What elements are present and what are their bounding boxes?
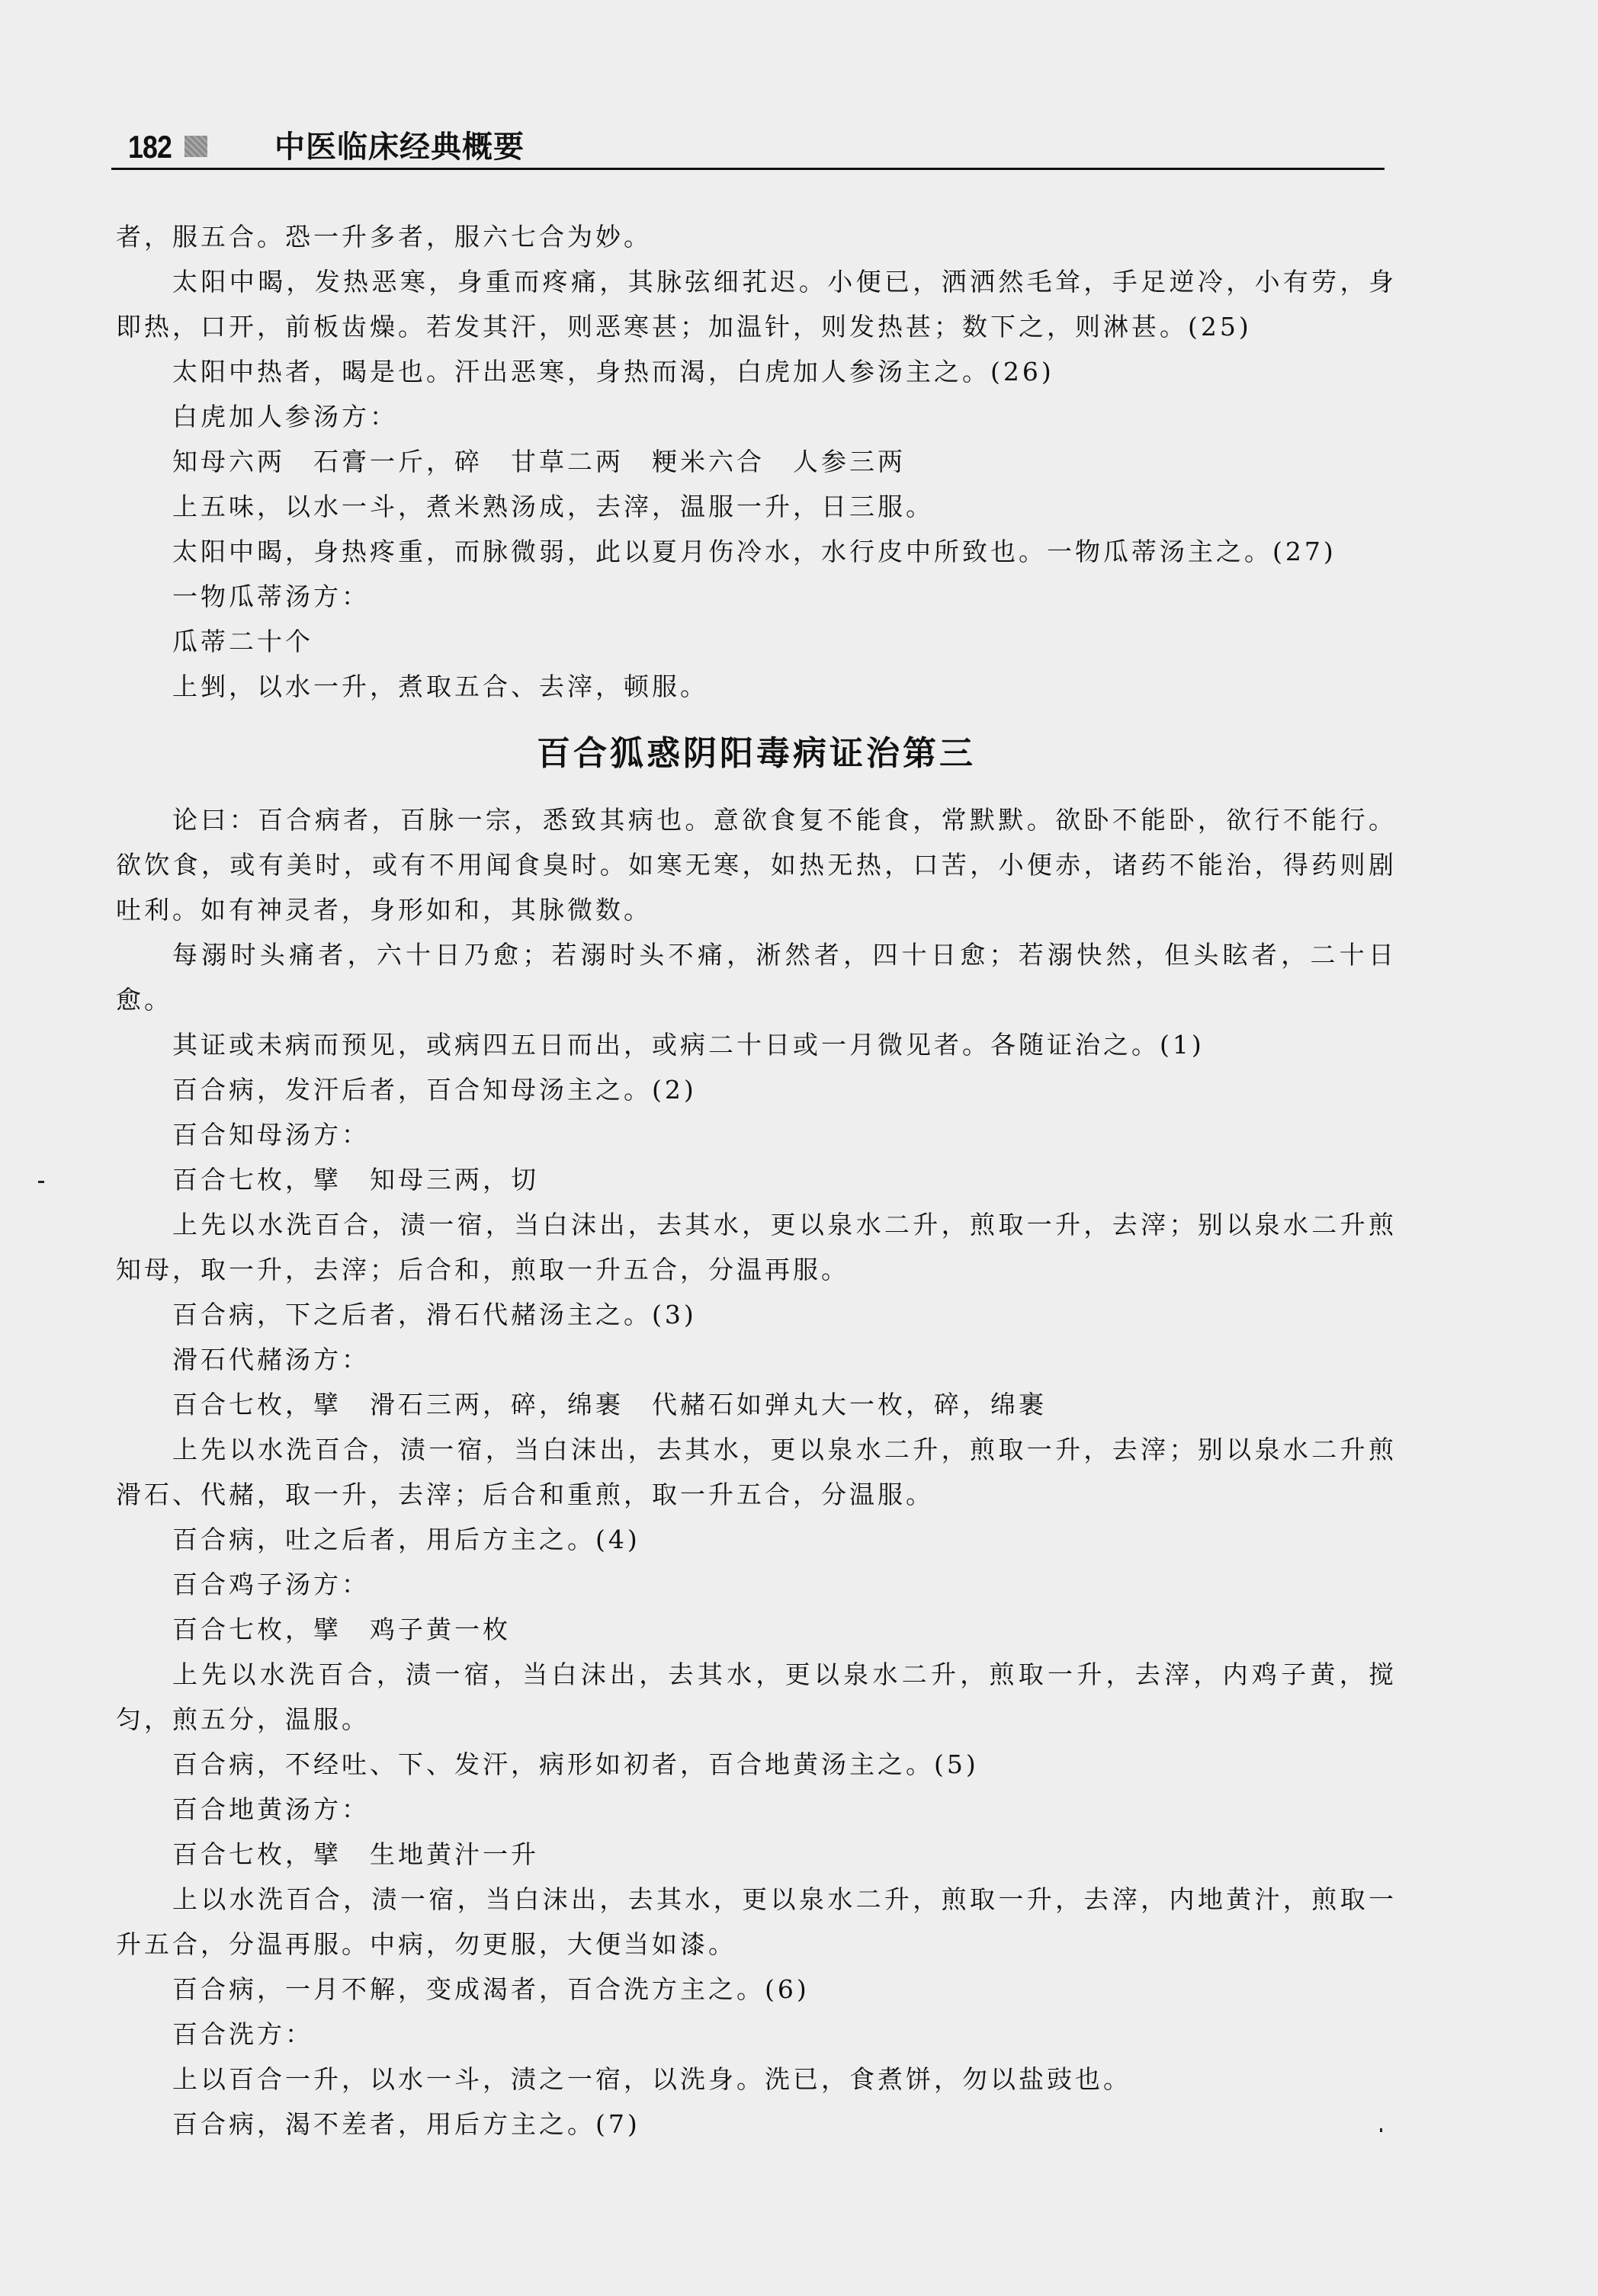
- formula-title: 百合知母汤方：: [116, 1112, 1397, 1157]
- page-number: 182: [128, 131, 172, 163]
- formula-title: 百合洗方：: [116, 2012, 1397, 2057]
- paragraph-clause-27: 太阳中暍，身热疼重，而脉微弱，此以夏月伤冷水，水行皮中所致也。一物瓜蒂汤主之。(…: [116, 529, 1397, 574]
- formula-ingredients: 百合七枚，擘 滑石三两，碎，绵裹 代赭石如弹丸大一枚，碎，绵裹: [116, 1382, 1397, 1427]
- paragraph-clause-7: 百合病，渴不差者，用后方主之。(7): [116, 2102, 1397, 2147]
- formula-directions: 上以水洗百合，渍一宿，当白沫出，去其水，更以泉水二升，煎取一升，去滓，内地黄汁，…: [116, 1877, 1397, 1967]
- formula-title: 百合地黄汤方：: [116, 1787, 1397, 1832]
- running-header: 182 中医临床经典概要: [111, 128, 1385, 171]
- formula-ingredients: 百合七枚，擘 鸡子黄一枚: [116, 1607, 1397, 1652]
- formula-title: 白虎加人参汤方：: [116, 394, 1397, 439]
- paragraph-clause-3: 百合病，下之后者，滑石代赭汤主之。(3): [116, 1292, 1397, 1337]
- formula-directions: 上先以水洗百合，渍一宿，当白沫出，去其水，更以泉水二升，煎取一升，去滓；别以泉水…: [116, 1427, 1397, 1517]
- paragraph-clause-1: 其证或未病而预见，或病四五日而出，或病二十日或一月微见者。各随证治之。(1): [116, 1022, 1397, 1067]
- formula-title: 一物瓜蒂汤方：: [116, 574, 1397, 619]
- formula-directions: 上以百合一升，以水一斗，渍之一宿，以洗身。洗已，食煮饼，勿以盐豉也。: [116, 2057, 1397, 2102]
- paragraph-clause-25: 太阳中暍，发热恶寒，身重而疼痛，其脉弦细芤迟。小便已，洒洒然毛耸，手足逆冷，小有…: [116, 259, 1397, 349]
- page-body: 者，服五合。恐一升多者，服六七合为妙。 太阳中暍，发热恶寒，身重而疼痛，其脉弦细…: [116, 214, 1397, 2147]
- paragraph-clause-26: 太阳中热者，暍是也。汗出恶寒，身热而渴，白虎加人参汤主之。(26): [116, 349, 1397, 394]
- section-title: 百合狐惑阴阳毒病证治第三: [116, 729, 1397, 779]
- book-title: 中医临床经典概要: [274, 128, 525, 166]
- formula-title: 百合鸡子汤方：: [116, 1562, 1397, 1607]
- formula-title: 滑石代赭汤方：: [116, 1337, 1397, 1382]
- paragraph-clause-6: 百合病，一月不解，变成渴者，百合洗方主之。(6): [116, 1967, 1397, 2012]
- formula-ingredients: 瓜蒂二十个: [116, 619, 1397, 664]
- formula-directions: 上先以水洗百合，渍一宿，当白沫出，去其水，更以泉水二升，煎取一升，去滓，内鸡子黄…: [116, 1652, 1397, 1742]
- formula-directions: 上剉，以水一升，煮取五合、去滓，顿服。: [116, 664, 1397, 709]
- paragraph-clause-4: 百合病，吐之后者，用后方主之。(4): [116, 1517, 1397, 1562]
- formula-ingredients: 知母六两 石膏一斤，碎 甘草二两 粳米六合 人参三两: [116, 439, 1397, 484]
- formula-ingredients: 百合七枚，擘 知母三两，切: [116, 1157, 1397, 1202]
- formula-directions: 上五味，以水一斗，煮米熟汤成，去滓，温服一升，日三服。: [116, 484, 1397, 529]
- formula-directions: 上先以水洗百合，渍一宿，当白沫出，去其水，更以泉水二升，煎取一升，去滓；别以泉水…: [116, 1202, 1397, 1292]
- page-number-ornament-icon: [185, 136, 207, 157]
- scan-speck: [1380, 2128, 1382, 2132]
- paragraph: 每溺时头痛者，六十日乃愈；若溺时头不痛，淅然者，四十日愈；若溺快然，但头眩者，二…: [116, 932, 1397, 1022]
- paragraph-intro: 论曰：百合病者，百脉一宗，悉致其病也。意欲食复不能食，常默默。欲卧不能卧，欲行不…: [116, 797, 1397, 932]
- formula-ingredients: 百合七枚，擘 生地黄汁一升: [116, 1832, 1397, 1877]
- paragraph-clause-2: 百合病，发汗后者，百合知母汤主之。(2): [116, 1067, 1397, 1112]
- header-rule: [111, 168, 1385, 170]
- paragraph-clause-5: 百合病，不经吐、下、发汗，病形如初者，百合地黄汤主之。(5): [116, 1742, 1397, 1787]
- paragraph-continued: 者，服五合。恐一升多者，服六七合为妙。: [116, 214, 1397, 259]
- scan-speck: [38, 1181, 44, 1183]
